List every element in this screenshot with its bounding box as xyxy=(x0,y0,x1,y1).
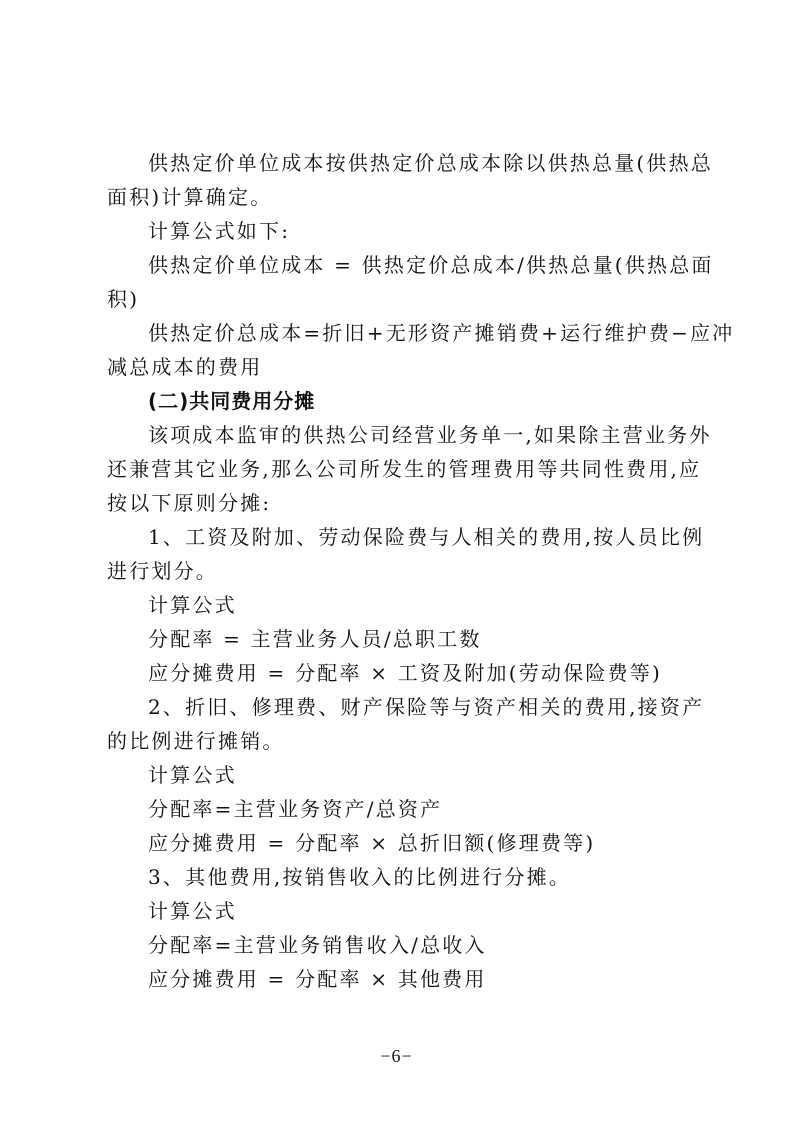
formula-line: 应分摊费用 = 分配率 × 总折旧额(修理费等) xyxy=(107,826,697,860)
formula-line: 积) xyxy=(107,282,697,316)
list-item-1: 1、工资及附加、劳动保险费与人相关的费用,按人员比例 xyxy=(107,520,697,554)
list-item-2-cont: 的比例进行摊销。 xyxy=(107,724,697,758)
list-item-2: 2、折旧、修理费、财产保险等与资产相关的费用,接资产 xyxy=(107,690,697,724)
section-heading: (二)共同费用分摊 xyxy=(107,384,697,418)
formula-line: 分配率=主营业务销售收入/总收入 xyxy=(107,928,697,962)
paragraph-line: 还兼营其它业务,那么公司所发生的管理费用等共同性费用,应 xyxy=(107,452,697,486)
formula-label: 计算公式 xyxy=(107,758,697,792)
document-body: 供热定价单位成本按供热定价总成本除以供热总量(供热总 面积)计算确定。 计算公式… xyxy=(107,146,697,996)
formula-line: 应分摊费用 = 分配率 × 其他费用 xyxy=(107,962,697,996)
paragraph-line: 面积)计算确定。 xyxy=(107,180,697,214)
formula-label: 计算公式 xyxy=(107,894,697,928)
paragraph-line: 该项成本监审的供热公司经营业务单一,如果除主营业务外 xyxy=(107,418,697,452)
formula-line: 供热定价总成本=折旧+无形资产摊销费+运行维护费−应冲 xyxy=(107,316,697,350)
formula-line: 分配率 = 主营业务人员/总职工数 xyxy=(107,622,697,656)
list-item-1-cont: 进行划分。 xyxy=(107,554,697,588)
formula-line: 供热定价单位成本 = 供热定价总成本/供热总量(供热总面 xyxy=(107,248,697,282)
formula-label: 计算公式 xyxy=(107,588,697,622)
paragraph-line: 按以下原则分摊: xyxy=(107,486,697,520)
paragraph-line: 计算公式如下: xyxy=(107,214,697,248)
formula-line: 分配率=主营业务资产/总资产 xyxy=(107,792,697,826)
paragraph-line: 供热定价单位成本按供热定价总成本除以供热总量(供热总 xyxy=(107,146,697,180)
formula-line: 减总成本的费用 xyxy=(107,350,697,384)
formula-line: 应分摊费用 = 分配率 × 工资及附加(劳动保险费等) xyxy=(107,656,697,690)
list-item-3: 3、其他费用,按销售收入的比例进行分摊。 xyxy=(107,860,697,894)
page-number: −6− xyxy=(0,1046,793,1067)
